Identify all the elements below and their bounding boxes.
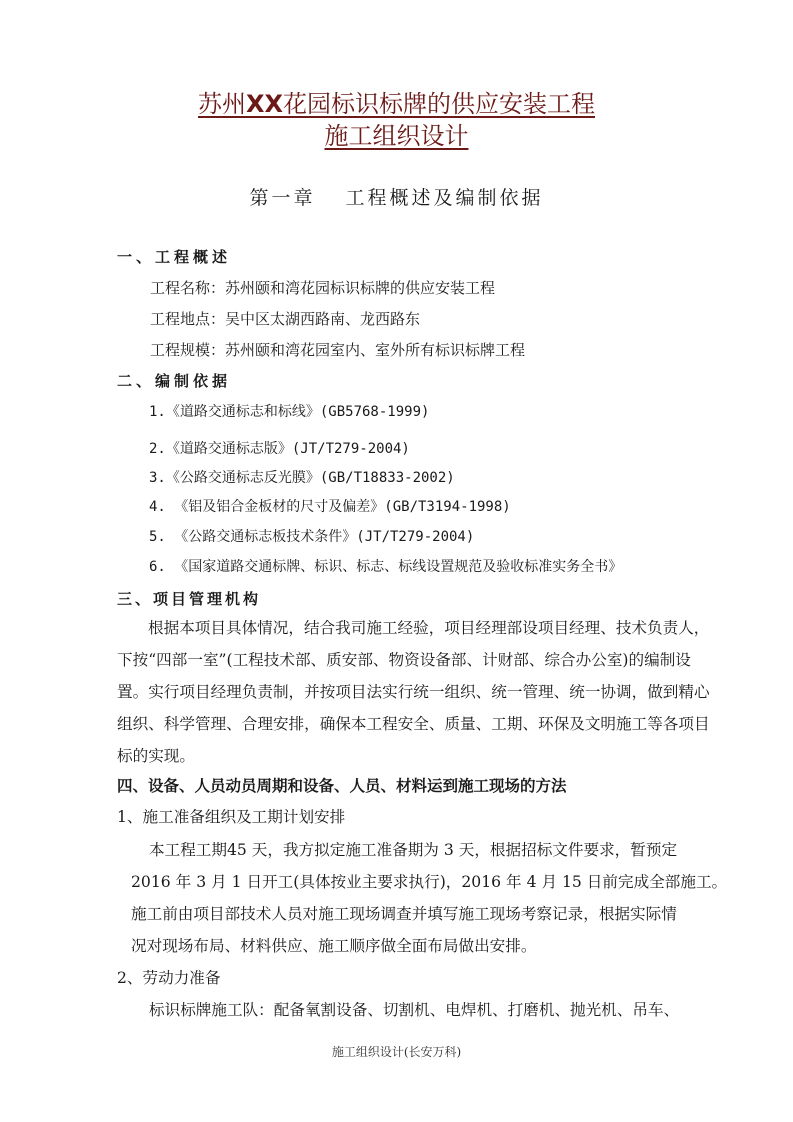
- paragraph-line: 标的实现。: [117, 744, 195, 766]
- section2-heading: 二、编制依据: [117, 370, 231, 391]
- paragraph-line: 施工前由项目部技术人员对施工现场调查并填写施工现场考察记录，根据实际情: [131, 902, 677, 924]
- chapter-heading: 第一章工程概述及编制依据: [0, 183, 793, 210]
- paragraph-line: 组织、科学管理、合理安排，确保本工程安全、质量、工期、环保及文明施工等各项目: [117, 712, 710, 734]
- section1-heading: 一、工程概述: [117, 246, 231, 267]
- paragraph-line: 置。实行项目经理负责制，并按项目法实行统一组织、统一管理、统一协调，做到精心: [117, 680, 710, 702]
- project-name: 工程名称：苏州颐和湾花园标识标牌的供应安装工程: [150, 277, 495, 298]
- reference-item: 4. 《铝及铝合金板材的尺寸及偏差》(GB/T3194-1998): [149, 496, 511, 516]
- reference-item: 1.《道路交通标志和标线》(GB5768-1999): [149, 401, 429, 421]
- reference-item: 6. 《国家道路交通标牌、标识、标志、标线设置规范及验收标准实务全书》: [149, 556, 622, 576]
- document-title-line2: 施工组织设计: [0, 116, 793, 151]
- reference-item: 3.《公路交通标志反光膜》(GB/T18833-2002): [149, 467, 455, 487]
- paragraph-line: 下按“四部一室”(工程技术部、质安部、物资设备部、计财部、综合办公室)的编制设: [117, 648, 691, 670]
- reference-item: 5. 《公路交通标志板技术条件》(JT/T279-2004): [149, 526, 474, 546]
- paragraph-line: 况对现场布局、材料供应、施工顺序做全面布局做出安排。: [131, 934, 536, 956]
- paragraph-line: 2016 年 3 月 1 日开工(具体按业主要求执行)，2016 年 4 月 1…: [131, 870, 727, 892]
- paragraph-line: 根据本项目具体情况，结合我司施工经验，项目经理部设项目经理、技术负责人，: [148, 616, 709, 638]
- paragraph-line: 本工程工期45 天，我方拟定施工准备期为 3 天，根据招标文件要求，暂预定: [149, 838, 677, 860]
- page-footer: 施工组织设计(长安万科): [0, 1043, 793, 1060]
- chapter-name: 工程概述及编制依据: [346, 187, 544, 209]
- title-prefix: 苏州: [198, 90, 246, 118]
- title-suffix: 花园标识标牌的供应安装工程: [283, 90, 595, 118]
- project-scale: 工程规模：苏州颐和湾花园室内、室外所有标识标牌工程: [150, 339, 525, 360]
- paragraph-line: 标识标牌施工队：配备氧割设备、切割机、电焊机、打磨机、抛光机、吊车、: [149, 998, 679, 1020]
- chapter-number: 第一章: [249, 187, 315, 209]
- section4-heading: 四、设备、人员动员周期和设备、人员、材料运到施工现场的方法: [117, 774, 567, 796]
- subsection-heading: 2、劳动力准备: [117, 966, 220, 988]
- project-location: 工程地点：吴中区太湖西路南、龙西路东: [150, 308, 420, 329]
- title-bold: XX: [246, 90, 283, 118]
- document-title-line1: 苏州XX花园标识标牌的供应安装工程: [0, 84, 793, 119]
- section3-heading: 三、项目管理机构: [117, 588, 261, 609]
- subsection-heading: 1、施工准备组织及工期计划安排: [117, 805, 345, 827]
- reference-item: 2.《道路交通标志版》(JT/T279-2004): [149, 438, 410, 458]
